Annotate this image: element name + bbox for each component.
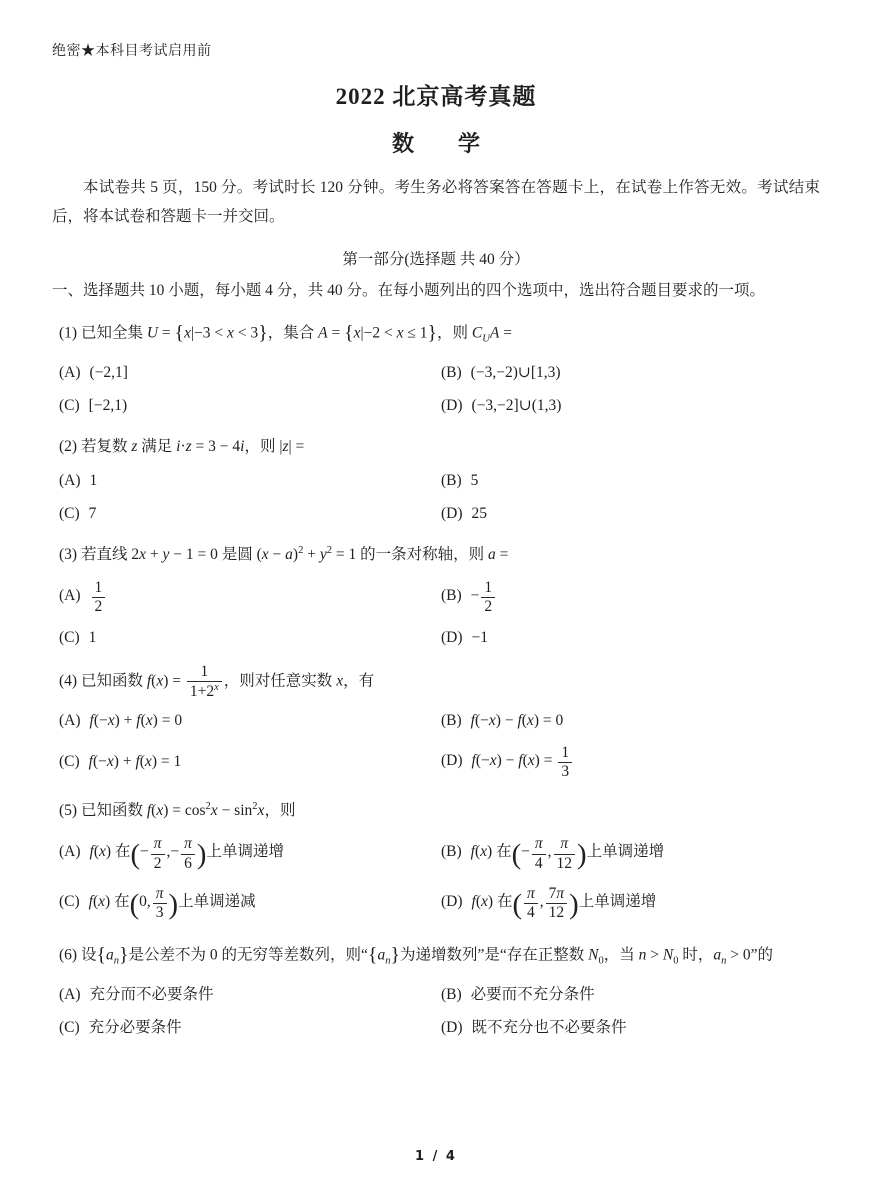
question-2: (2) 若复数 z 满足 i·z = 3 − 4i，则 |z| = (A)1 (… — [52, 431, 820, 525]
option-q6-a: (A)充分而不必要条件 — [59, 985, 441, 1006]
option-value: 7 — [89, 505, 97, 522]
question-6-options: (A)充分而不必要条件 (B)必要而不充分条件 (C)充分必要条件 (D)既不充… — [59, 985, 820, 1039]
option-q1-a: (A)(−2,1] — [59, 363, 441, 384]
option-q4-d: (D)f(−x) − f(x) = 13 — [441, 744, 820, 782]
option-q2-a: (A)1 — [59, 471, 441, 492]
option-q5-a: (A)f(x) 在(−π2,−π6)上单调递增 — [59, 835, 441, 873]
option-label: (D) — [441, 893, 463, 910]
option-value: 既不充分也不必要条件 — [472, 1019, 627, 1036]
exam-title: 2022 北京高考真题 — [52, 78, 820, 111]
option-value: f(−x) + f(x) = 0 — [90, 712, 183, 729]
question-6-stem: (6) 设{an}是公差不为 0 的无穷等差数列，则“{an}为递增数列”是“存… — [59, 936, 820, 976]
question-5: (5) 已知函数 f(x) = cos2x − sin2x，则 (A)f(x) … — [52, 795, 820, 922]
option-value: 1 — [89, 629, 97, 646]
exam-instructions: 本试卷共 5 页，150 分。考试时长 120 分钟。考生务必将答案答在答题卡上… — [52, 174, 820, 231]
option-label: (C) — [59, 397, 80, 414]
question-5-options: (A)f(x) 在(−π2,−π6)上单调递增 (B)f(x) 在(−π4,π1… — [59, 835, 820, 922]
option-value: f(−x) + f(x) = 1 — [89, 753, 182, 770]
question-1: (1) 已知全集 U = {x|−3 < x < 3}，集合 A = {x|−2… — [52, 314, 820, 417]
option-value: (−3,−2]∪(1,3) — [472, 397, 562, 414]
exam-page: 绝密★本科目考试启用前 2022 北京高考真题 数 学 本试卷共 5 页，150… — [0, 0, 872, 1177]
option-value: (−3,−2)∪[1,3) — [471, 364, 561, 381]
option-label: (A) — [59, 472, 81, 489]
option-label: (A) — [59, 986, 81, 1003]
option-label: (B) — [441, 712, 462, 729]
subject-title: 数 学 — [52, 127, 820, 158]
question-3-stem: (3) 若直线 2x + y − 1 = 0 是圆 (x − a)2 + y2 … — [59, 539, 820, 570]
option-q2-c: (C)7 — [59, 504, 441, 525]
question-4: (4) 已知函数 f(x) = 11+2x，则对任意实数 x，有 (A)f(−x… — [52, 663, 820, 781]
option-value: f(x) 在(−π4,π12)上单调递增 — [471, 843, 664, 860]
option-q3-c: (C)1 — [59, 628, 441, 649]
option-label: (B) — [441, 472, 462, 489]
option-label: (C) — [59, 893, 80, 910]
option-label: (B) — [441, 364, 462, 381]
question-3: (3) 若直线 2x + y − 1 = 0 是圆 (x − a)2 + y2 … — [52, 539, 820, 649]
question-1-stem: (1) 已知全集 U = {x|−3 < x < 3}，集合 A = {x|−2… — [59, 314, 820, 354]
option-label: (A) — [59, 587, 81, 604]
option-value: −12 — [471, 587, 498, 604]
option-value: 25 — [472, 505, 488, 522]
option-label: (C) — [59, 753, 80, 770]
question-6: (6) 设{an}是公差不为 0 的无穷等差数列，则“{an}为递增数列”是“存… — [52, 936, 820, 1039]
option-label: (A) — [59, 712, 81, 729]
option-value: f(x) 在(−π2,−π6)上单调递增 — [90, 843, 284, 860]
option-q6-b: (B)必要而不充分条件 — [441, 985, 820, 1006]
question-4-stem: (4) 已知函数 f(x) = 11+2x，则对任意实数 x，有 — [59, 663, 820, 702]
option-label: (C) — [59, 505, 80, 522]
option-value: f(−x) − f(x) = 13 — [472, 752, 575, 769]
option-q5-c: (C)f(x) 在(0,π3)上单调递减 — [59, 885, 441, 923]
option-q6-d: (D)既不充分也不必要条件 — [441, 1018, 820, 1039]
question-5-stem: (5) 已知函数 f(x) = cos2x − sin2x，则 — [59, 795, 820, 826]
option-value: [−2,1) — [89, 397, 127, 414]
option-label: (B) — [441, 843, 462, 860]
question-3-options: (A)12 (B)−12 (C)1 (D)−1 — [59, 579, 820, 649]
option-value: f(−x) − f(x) = 0 — [471, 712, 564, 729]
option-label: (C) — [59, 629, 80, 646]
question-1-options: (A)(−2,1] (B)(−3,−2)∪[1,3) (C)[−2,1) (D)… — [59, 363, 820, 417]
option-label: (D) — [441, 752, 463, 769]
option-label: (D) — [441, 629, 463, 646]
option-q2-b: (B)5 — [441, 471, 820, 492]
page-number: 1 / 4 — [0, 1149, 872, 1164]
option-q1-d: (D)(−3,−2]∪(1,3) — [441, 396, 820, 417]
option-q3-b: (B)−12 — [441, 579, 820, 617]
option-q4-a: (A)f(−x) + f(x) = 0 — [59, 711, 441, 732]
option-q5-d: (D)f(x) 在(π4,7π12)上单调递增 — [441, 885, 820, 923]
option-value: 充分而不必要条件 — [90, 986, 214, 1003]
option-value: f(x) 在(π4,7π12)上单调递增 — [472, 893, 657, 910]
option-q1-b: (B)(−3,−2)∪[1,3) — [441, 363, 820, 384]
option-value: (−2,1] — [90, 364, 128, 381]
option-q4-b: (B)f(−x) − f(x) = 0 — [441, 711, 820, 732]
question-4-options: (A)f(−x) + f(x) = 0 (B)f(−x) − f(x) = 0 … — [59, 711, 820, 781]
option-label: (A) — [59, 843, 81, 860]
option-q1-c: (C)[−2,1) — [59, 396, 441, 417]
option-label: (B) — [441, 986, 462, 1003]
question-2-stem: (2) 若复数 z 满足 i·z = 3 − 4i，则 |z| = — [59, 431, 820, 462]
option-value: 5 — [471, 472, 479, 489]
section-intro: 一、选择题共 10 小题，每小题 4 分，共 40 分。在每小题列出的四个选项中… — [52, 278, 820, 304]
option-q4-c: (C)f(−x) + f(x) = 1 — [59, 752, 441, 773]
option-label: (C) — [59, 1019, 80, 1036]
option-q6-c: (C)充分必要条件 — [59, 1018, 441, 1039]
section-title: 第一部分(选择题 共 40 分） — [52, 247, 820, 269]
option-value: f(x) 在(0,π3)上单调递减 — [89, 893, 256, 910]
option-value: −1 — [472, 629, 489, 646]
option-value: 12 — [90, 587, 108, 604]
option-label: (B) — [441, 587, 462, 604]
option-label: (D) — [441, 505, 463, 522]
option-q5-b: (B)f(x) 在(−π4,π12)上单调递增 — [441, 835, 820, 873]
option-value: 1 — [90, 472, 98, 489]
option-value: 必要而不充分条件 — [471, 986, 595, 1003]
option-q3-d: (D)−1 — [441, 628, 820, 649]
classification-text: 绝密★本科目考试启用前 — [52, 40, 820, 60]
option-label: (D) — [441, 397, 463, 414]
option-label: (A) — [59, 364, 81, 381]
option-label: (D) — [441, 1019, 463, 1036]
option-q2-d: (D)25 — [441, 504, 820, 525]
option-value: 充分必要条件 — [89, 1019, 182, 1036]
option-q3-a: (A)12 — [59, 579, 441, 617]
question-2-options: (A)1 (B)5 (C)7 (D)25 — [59, 471, 820, 525]
